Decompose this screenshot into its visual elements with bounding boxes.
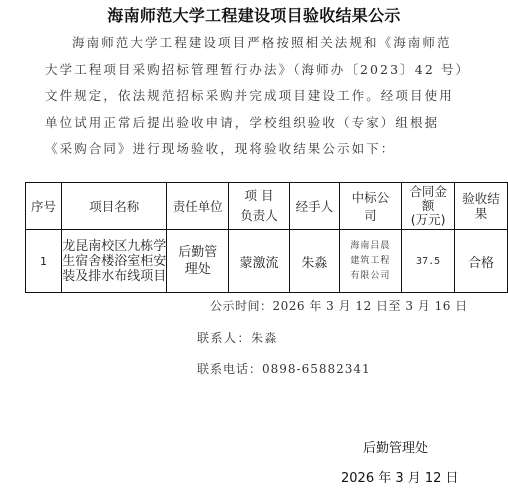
intro-paragraph: 海南师范大学工程建设项目严格按照相关法规和《海南师范大学工程项目采购招标管理暂行… — [45, 30, 465, 163]
page-title: 海南师范大学工程建设项目验收结果公示 — [0, 3, 508, 26]
signature-date: 2026 年 3 月 12 日 — [341, 467, 459, 486]
contact-phone: 联系电话：0898-65882341 — [197, 360, 371, 377]
header-amount-line2: (万元) — [405, 213, 451, 227]
cell-handler: 朱淼 — [290, 230, 340, 293]
cell-index: 1 — [26, 230, 62, 293]
header-amount-line1: 合同金额 — [405, 185, 451, 213]
cell-amount: 37.5 — [402, 230, 455, 293]
header-project-name: 项目名称 — [62, 183, 167, 230]
signature-department: 后勤管理处 — [363, 437, 428, 456]
cell-winner: 海南吕晨建筑工程有限公司 — [339, 230, 402, 293]
cell-project-name: 龙昆南校区九栋学生宿舍楼浴室柜安装及排水布线项目 — [62, 230, 167, 293]
cell-result: 合格 — [455, 230, 508, 293]
table-row: 1 龙昆南校区九栋学生宿舍楼浴室柜安装及排水布线项目 后勤管理处 蒙激流 朱淼 … — [26, 230, 508, 293]
header-index: 序号 — [26, 183, 62, 230]
cell-department: 后勤管理处 — [167, 230, 229, 293]
header-amount: 合同金额 (万元) — [402, 183, 455, 230]
contact-person: 联系人：朱淼 — [197, 329, 278, 346]
results-table: 序号 项目名称 责任单位 项 目 负责人 经手人 中标公司 合同金额 (万元) … — [25, 182, 508, 293]
header-winner: 中标公司 — [339, 183, 402, 230]
header-department: 责任单位 — [167, 183, 229, 230]
header-handler: 经手人 — [290, 183, 340, 230]
header-result: 验收结果 — [455, 183, 508, 230]
table-header-row: 序号 项目名称 责任单位 项 目 负责人 经手人 中标公司 合同金额 (万元) … — [26, 183, 508, 230]
header-manager-line1: 项 目 — [229, 186, 289, 206]
publication-time: 公示时间：2026 年 3 月 12 日至 3 月 16 日 — [210, 297, 468, 314]
header-manager: 项 目 负责人 — [228, 183, 289, 230]
header-manager-line2: 负责人 — [229, 206, 289, 226]
cell-manager: 蒙激流 — [228, 230, 289, 293]
